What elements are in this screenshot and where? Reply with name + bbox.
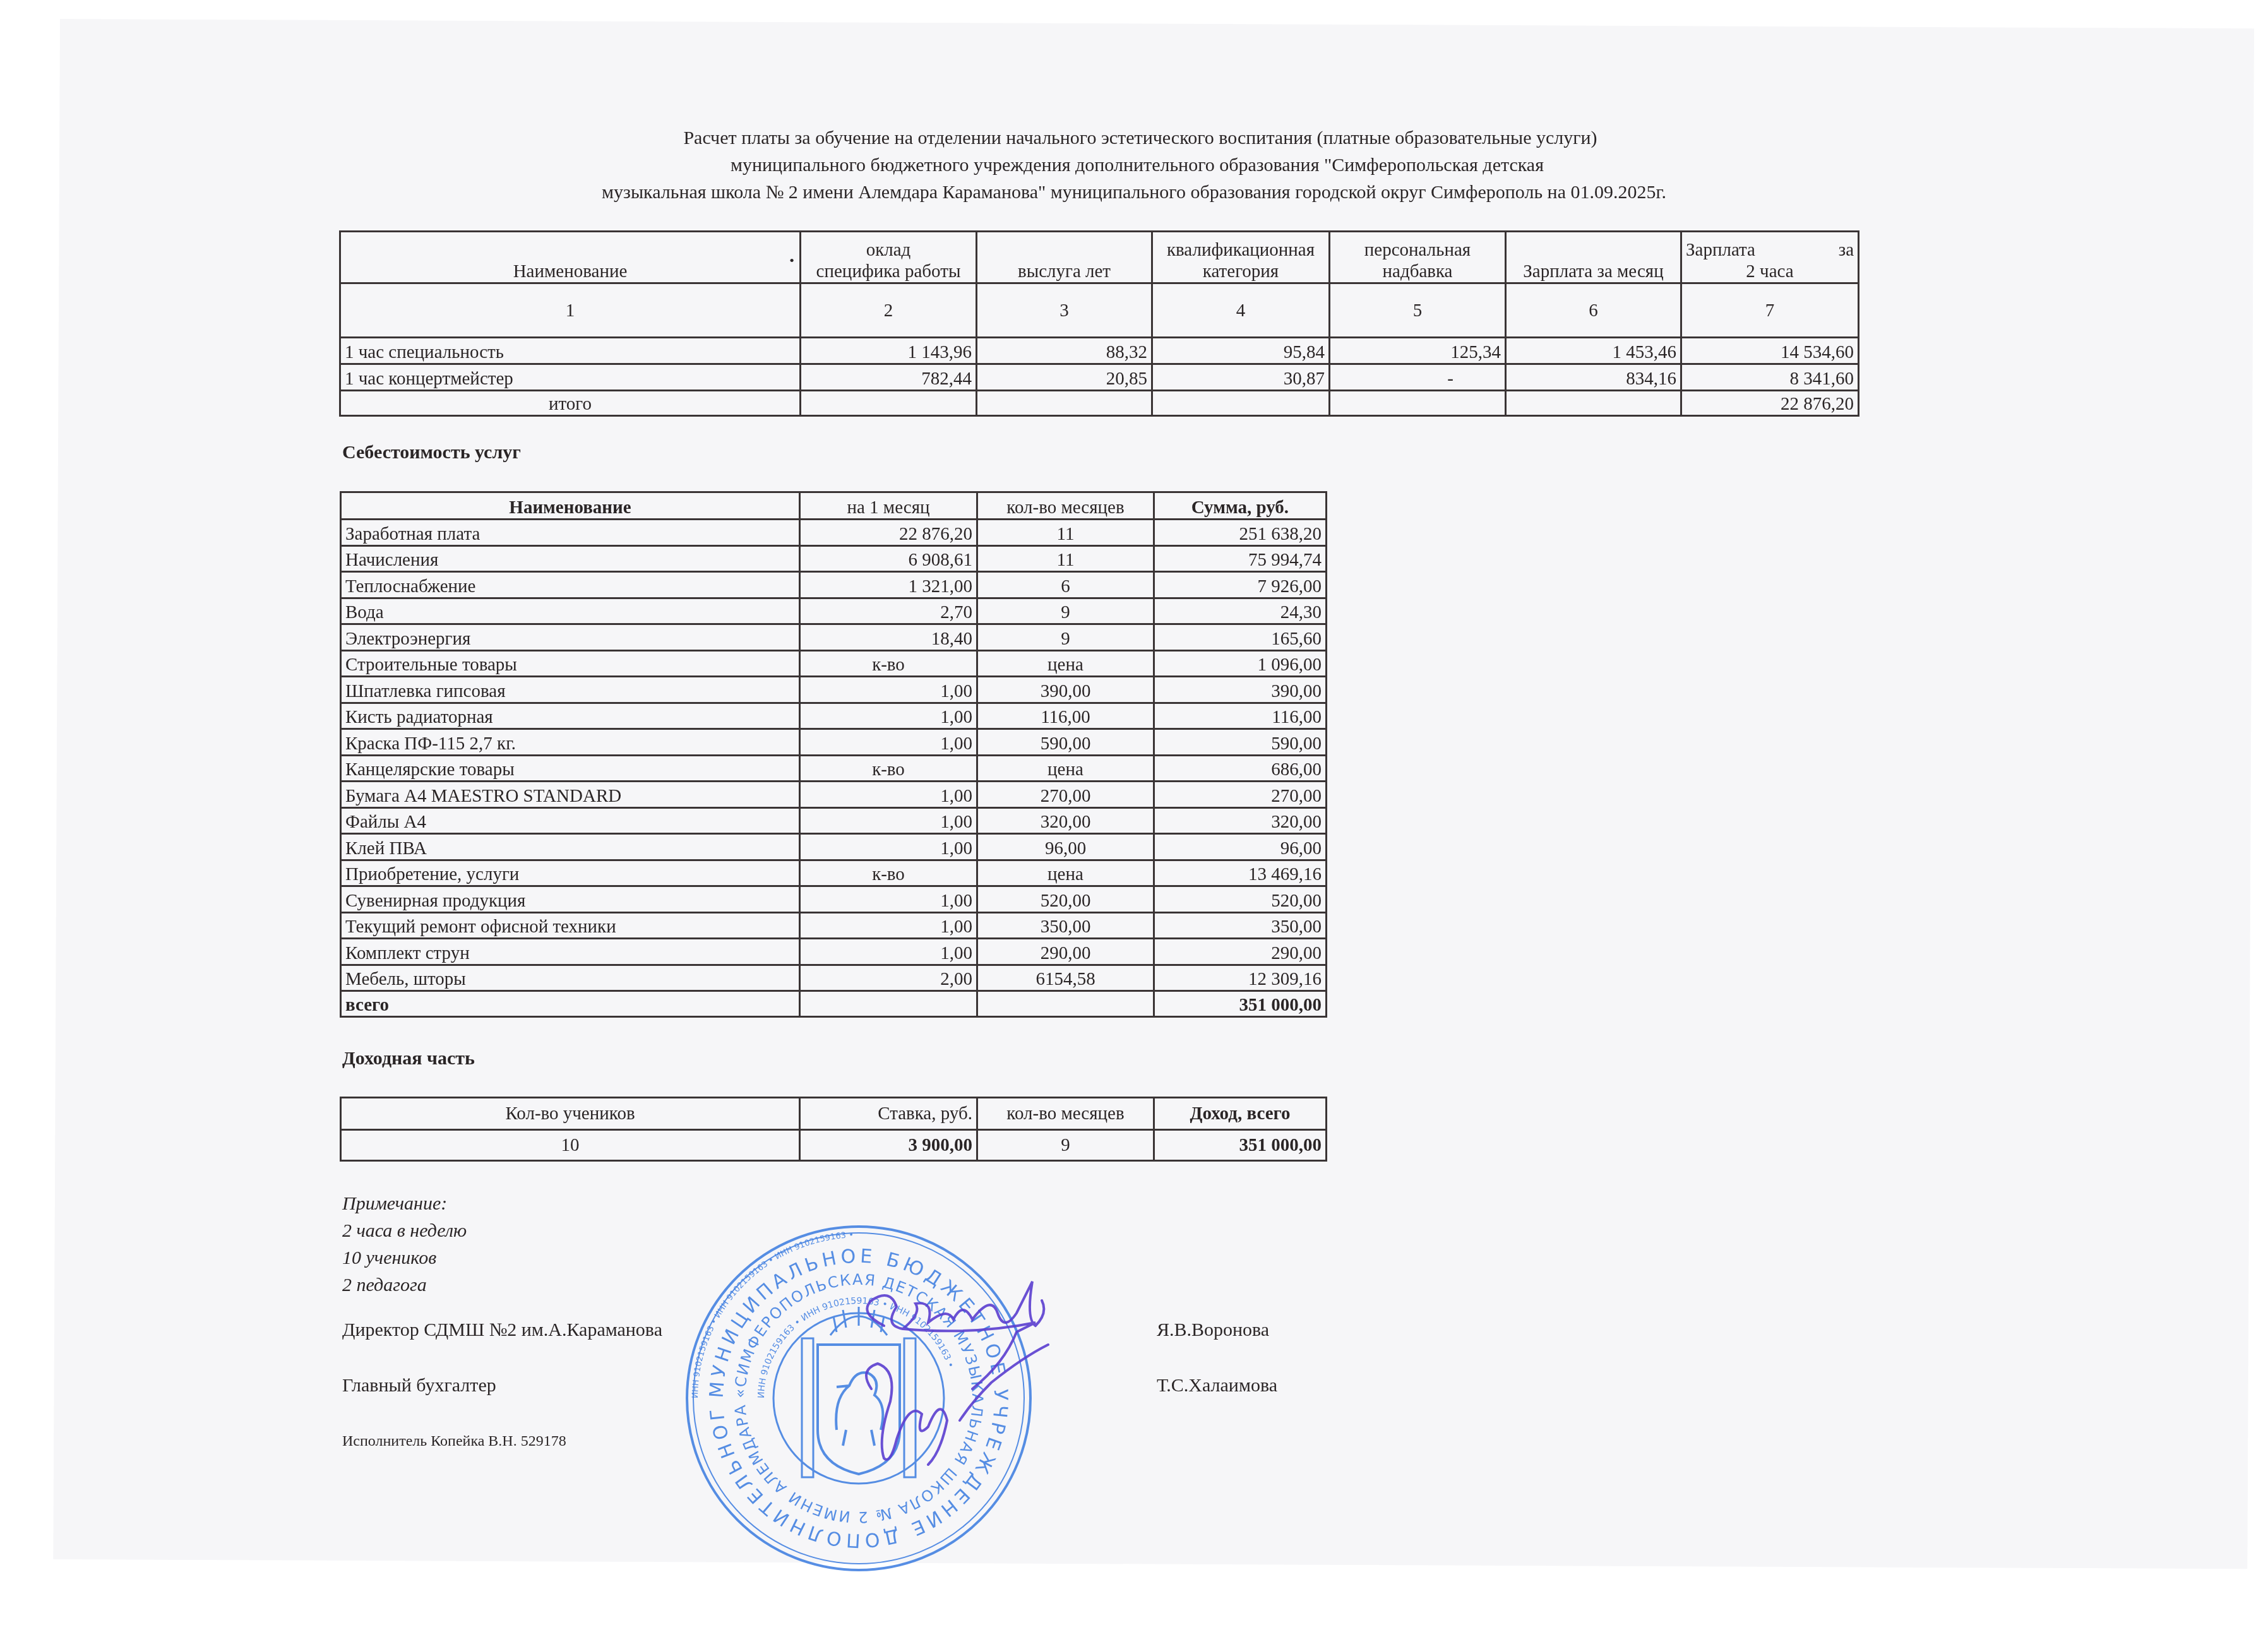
- cell-value: 390,00: [1154, 677, 1327, 703]
- table-row: Мебель, шторы2,006154,5812 309,16: [341, 965, 1327, 991]
- col-num-7: 7: [1681, 283, 1859, 338]
- income-section-heading: Доходная часть: [342, 1048, 475, 1069]
- cell-value: 88,32: [977, 338, 1152, 364]
- total-value: 22 876,20: [1681, 391, 1859, 416]
- cell-value: 6154,58: [977, 965, 1154, 991]
- cell-value: 1,00: [800, 834, 977, 860]
- table-row: Краска ПФ-115 2,7 кг.1,00590,00590,00: [341, 729, 1327, 756]
- row-label: Текущий ремонт офисной техники: [341, 912, 800, 939]
- table-row: Приобретение, услугик-воцена13 469,16: [341, 860, 1327, 886]
- table-row: Начисления6 908,611175 994,74: [341, 545, 1327, 572]
- cell-value: 9: [977, 598, 1154, 624]
- cell-value: к-во: [800, 860, 977, 886]
- table-row: Комплект струн1,00290,00290,00: [341, 939, 1327, 965]
- row-label: Теплоснабжение: [341, 572, 800, 598]
- title-line-1: Расчет платы за обучение на отделении на…: [0, 124, 2268, 152]
- cell-value: 18,40: [800, 624, 977, 651]
- empty-cell: [800, 991, 977, 1017]
- cell-value: 116,00: [977, 703, 1154, 729]
- cell-value: 8 341,60: [1681, 364, 1859, 391]
- table-row: Сувенирная продукция1,00520,00520,00: [341, 886, 1327, 913]
- col-num-2: 2: [801, 283, 977, 338]
- row-label: Кисть радиаторная: [341, 703, 800, 729]
- cell-value: 20,85: [977, 364, 1152, 391]
- table-row: Канцелярские товарык-воцена686,00: [341, 755, 1327, 782]
- cell-value: 390,00: [977, 677, 1154, 703]
- cell-value: к-во: [800, 650, 977, 677]
- row-label: Шпатлевка гипсовая: [341, 677, 800, 703]
- header-students: Кол-во учеников: [341, 1098, 800, 1130]
- months-value: 9: [977, 1130, 1154, 1161]
- cell-value: 1,00: [800, 807, 977, 834]
- row-label: Файлы А4: [341, 807, 800, 834]
- income-total-value: 351 000,00: [1154, 1130, 1327, 1161]
- cell-value: -: [1330, 364, 1506, 391]
- note-line: 2 часа в неделю: [342, 1217, 467, 1244]
- income-row: 10 3 900,00 9 351 000,00: [341, 1130, 1327, 1161]
- cell-value: 75 994,74: [1154, 545, 1327, 572]
- handwritten-signature-icon: [846, 1275, 1137, 1484]
- empty-cell: [1152, 391, 1330, 416]
- table-row: Файлы А41,00320,00320,00: [341, 807, 1327, 834]
- row-label: 1 час специальность: [340, 338, 801, 364]
- row-label: Заработная плата: [341, 520, 800, 546]
- cell-value: 251 638,20: [1154, 520, 1327, 546]
- col-num-1: 1: [340, 283, 801, 338]
- cost-rows: Заработная плата22 876,2011251 638,20Нач…: [341, 520, 1327, 991]
- cell-value: цена: [977, 755, 1154, 782]
- notes-label: Примечание:: [342, 1190, 467, 1217]
- cell-value: 686,00: [1154, 755, 1327, 782]
- table-row: Бумага А4 MAESTRO STANDARD1,00270,00270,…: [341, 782, 1327, 808]
- header-sum: Сумма, руб.: [1154, 492, 1327, 520]
- cell-value: 1 143,96: [801, 338, 977, 364]
- row-label: Краска ПФ-115 2,7 кг.: [341, 729, 800, 756]
- cell-value: 96,00: [1154, 834, 1327, 860]
- total-label: итого: [340, 391, 801, 416]
- cell-value: 125,34: [1330, 338, 1506, 364]
- cell-value: 270,00: [1154, 782, 1327, 808]
- total-label: всего: [341, 991, 800, 1017]
- row-label: Приобретение, услуги: [341, 860, 800, 886]
- cell-value: цена: [977, 650, 1154, 677]
- cell-value: 2,70: [800, 598, 977, 624]
- cell-value: 320,00: [977, 807, 1154, 834]
- table-row: Текущий ремонт офисной техники1,00350,00…: [341, 912, 1327, 939]
- cell-value: 24,30: [1154, 598, 1327, 624]
- table-row: Клей ПВА1,0096,0096,00: [341, 834, 1327, 860]
- row-label: Комплект струн: [341, 939, 800, 965]
- cell-value: 520,00: [1154, 886, 1327, 913]
- row-label: Мебель, шторы: [341, 965, 800, 991]
- rate-value: 3 900,00: [800, 1130, 977, 1161]
- row-label: Начисления: [341, 545, 800, 572]
- cell-value: 782,44: [801, 364, 977, 391]
- cell-value: 165,60: [1154, 624, 1327, 651]
- row-label: Строительные товары: [341, 650, 800, 677]
- total-value: 351 000,00: [1154, 991, 1327, 1017]
- table-row: 1 час специальность 1 143,96 88,32 95,84…: [340, 338, 1859, 364]
- cell-value: 834,16: [1506, 364, 1681, 391]
- col-num-5: 5: [1330, 283, 1506, 338]
- row-label: Клей ПВА: [341, 834, 800, 860]
- students-count: 10: [341, 1130, 800, 1161]
- header-qualification: квалификационнаякатегория: [1152, 232, 1330, 283]
- cell-value: 1,00: [800, 912, 977, 939]
- cell-value: 7 926,00: [1154, 572, 1327, 598]
- cell-value: 1 453,46: [1506, 338, 1681, 364]
- total-row: всего 351 000,00: [341, 991, 1327, 1017]
- row-label: Сувенирная продукция: [341, 886, 800, 913]
- cell-value: к-во: [800, 755, 977, 782]
- cell-value: цена: [977, 860, 1154, 886]
- header-seniority: выслуга лет: [977, 232, 1152, 283]
- cell-value: 22 876,20: [800, 520, 977, 546]
- row-label: Электроэнергия: [341, 624, 800, 651]
- cell-value: 1 096,00: [1154, 650, 1327, 677]
- header-per-month: на 1 месяц: [800, 492, 977, 520]
- col-num-4: 4: [1152, 283, 1330, 338]
- row-label: Канцелярские товары: [341, 755, 800, 782]
- cell-value: 30,87: [1152, 364, 1330, 391]
- cell-value: 1,00: [800, 677, 977, 703]
- cell-value: 1,00: [800, 782, 977, 808]
- salary-header-row: Наименование • окладспецифика работы выс…: [340, 232, 1859, 283]
- cost-header-row: Наименование на 1 месяц кол-во месяцев С…: [341, 492, 1327, 520]
- title-line-3: музыкальная школа № 2 имени Алемдара Кар…: [0, 179, 2268, 206]
- cell-value: 520,00: [977, 886, 1154, 913]
- empty-cell: [977, 991, 1154, 1017]
- header-monthly-salary: Зарплата за месяц: [1506, 232, 1681, 283]
- note-line: 10 учеников: [342, 1244, 467, 1271]
- empty-cell: [977, 391, 1152, 416]
- header-months: кол-во месяцев: [977, 492, 1154, 520]
- income-header-row: Кол-во учеников Ставка, руб. кол-во меся…: [341, 1098, 1327, 1130]
- cell-value: 9: [977, 624, 1154, 651]
- header-personal-bonus: персональнаянадбавка: [1330, 232, 1506, 283]
- table-row: Кисть радиаторная1,00116,00116,00: [341, 703, 1327, 729]
- cell-value: 1,00: [800, 939, 977, 965]
- col-num-3: 3: [977, 283, 1152, 338]
- cell-value: 11: [977, 520, 1154, 546]
- header-name: Наименование: [341, 492, 800, 520]
- cell-value: 590,00: [1154, 729, 1327, 756]
- header-rate: Ставка, руб.: [800, 1098, 977, 1130]
- title-line-2: муниципального бюджетного учреждения доп…: [0, 152, 2268, 179]
- notes-block: Примечание: 2 часа в неделю 10 учеников …: [342, 1190, 467, 1299]
- empty-cell: [801, 391, 977, 416]
- director-name: Я.В.Воронова: [1157, 1319, 1269, 1341]
- cell-value: 270,00: [977, 782, 1154, 808]
- accountant-name: Т.С.Халаимова: [1157, 1375, 1277, 1396]
- cell-value: 350,00: [977, 912, 1154, 939]
- cell-value: 320,00: [1154, 807, 1327, 834]
- empty-cell: [1330, 391, 1506, 416]
- cell-value: 11: [977, 545, 1154, 572]
- cell-value: 290,00: [977, 939, 1154, 965]
- header-months: кол-во месяцев: [977, 1098, 1154, 1130]
- table-row: 1 час концертмейстер 782,44 20,85 30,87 …: [340, 364, 1859, 391]
- cell-value: 116,00: [1154, 703, 1327, 729]
- cell-value: 6 908,61: [800, 545, 977, 572]
- cell-value: 13 469,16: [1154, 860, 1327, 886]
- table-row: Заработная плата22 876,2011251 638,20: [341, 520, 1327, 546]
- accountant-title: Главный бухгалтер: [342, 1375, 496, 1396]
- cost-section-heading: Себестоимость услуг: [342, 442, 521, 463]
- table-row: Строительные товарык-воцена1 096,00: [341, 650, 1327, 677]
- table-row: Шпатлевка гипсовая1,00390,00390,00: [341, 677, 1327, 703]
- cell-value: 6: [977, 572, 1154, 598]
- executor-line: Исполнитель Копейка В.Н. 529178: [342, 1433, 566, 1450]
- cell-value: 350,00: [1154, 912, 1327, 939]
- row-label: 1 час концертмейстер: [340, 364, 801, 391]
- cell-value: 1,00: [800, 703, 977, 729]
- column-numbers-row: 1 2 3 4 5 6 7: [340, 283, 1859, 338]
- header-name: Наименование •: [340, 232, 801, 283]
- header-income-total: Доход, всего: [1154, 1098, 1327, 1130]
- table-row: Вода2,70924,30: [341, 598, 1327, 624]
- table-row: Теплоснабжение1 321,0067 926,00: [341, 572, 1327, 598]
- document-title: Расчет платы за обучение на отделении на…: [0, 124, 2268, 206]
- note-line: 2 педагога: [342, 1271, 467, 1299]
- cell-value: 12 309,16: [1154, 965, 1327, 991]
- cell-value: 95,84: [1152, 338, 1330, 364]
- income-table: Кол-во учеников Ставка, руб. кол-во меся…: [340, 1097, 1327, 1162]
- salary-table: Наименование • окладспецифика работы выс…: [339, 230, 1859, 417]
- cell-value: 1,00: [800, 729, 977, 756]
- cell-value: 290,00: [1154, 939, 1327, 965]
- table-row: Электроэнергия18,409165,60: [341, 624, 1327, 651]
- cell-value: 1,00: [800, 886, 977, 913]
- cell-value: 2,00: [800, 965, 977, 991]
- header-base-salary: окладспецифика работы: [801, 232, 977, 283]
- cell-value: 590,00: [977, 729, 1154, 756]
- row-label: Бумага А4 MAESTRO STANDARD: [341, 782, 800, 808]
- row-label: Вода: [341, 598, 800, 624]
- empty-cell: [1506, 391, 1681, 416]
- cell-value: 96,00: [977, 834, 1154, 860]
- cell-value: 1 321,00: [800, 572, 977, 598]
- header-salary-2-hours: Зарплатаза 2 часа: [1681, 232, 1859, 283]
- col-num-6: 6: [1506, 283, 1681, 338]
- total-row: итого 22 876,20: [340, 391, 1859, 416]
- director-title: Директор СДМШ №2 им.А.Караманова: [342, 1319, 662, 1341]
- cell-value: 14 534,60: [1681, 338, 1859, 364]
- cost-table: Наименование на 1 месяц кол-во месяцев С…: [340, 491, 1327, 1018]
